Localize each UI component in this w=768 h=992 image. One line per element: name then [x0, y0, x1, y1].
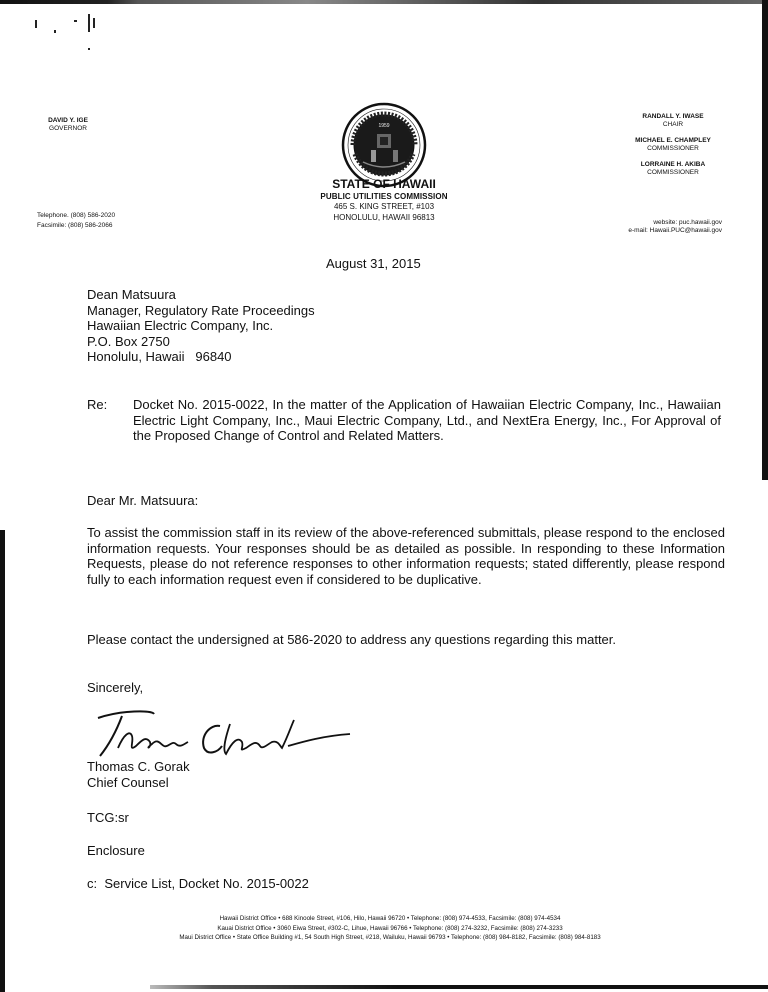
commissioner-title: CHAIR: [608, 121, 738, 129]
body-paragraph: Please contact the undersigned at 586-20…: [87, 632, 725, 648]
recipient-name: Dean Matsuura: [87, 287, 315, 303]
scan-border-bottom: [150, 985, 768, 989]
re-label: Re:: [87, 397, 107, 412]
commissioner-name: RANDALL Y. IWASE: [608, 113, 738, 121]
governor-block: DAVID Y. IGE GOVERNOR: [28, 117, 108, 133]
signatory-title: Chief Counsel: [87, 775, 190, 791]
commissioner-name: MICHAEL E. CHAMPLEY: [608, 137, 738, 145]
footer-office-line: Kauai District Office • 3060 Eiwa Street…: [40, 924, 740, 934]
scan-speck: [88, 14, 90, 32]
scan-speck: [54, 30, 56, 33]
state-seal-icon: 1959: [341, 102, 427, 188]
enclosure-note: Enclosure: [87, 843, 145, 859]
svg-text:1959: 1959: [378, 123, 389, 129]
footer-office-line: Maui District Office • State Office Buil…: [40, 933, 740, 943]
telephone-number: Telephone. (808) 586-2020: [37, 211, 115, 221]
recipient-company: Hawaiian Electric Company, Inc.: [87, 318, 315, 334]
salutation: Dear Mr. Matsuura:: [87, 493, 198, 509]
district-offices-footer: Hawaii District Office • 688 Kinoole Str…: [40, 914, 740, 943]
contact-phone-fax: Telephone. (808) 586-2020 Facsimile: (80…: [37, 211, 115, 231]
handwritten-signature-icon: [92, 706, 352, 762]
scan-speck: [74, 20, 77, 22]
governor-title: GOVERNOR: [28, 125, 108, 133]
governor-name: DAVID Y. IGE: [28, 117, 108, 125]
scan-border-right: [762, 0, 768, 480]
website-link[interactable]: website: puc.hawaii.gov: [628, 219, 722, 227]
scan-border-left: [0, 530, 5, 992]
body-paragraph: To assist the commission staff in its re…: [87, 525, 725, 587]
letterhead-agency: PUBLIC UTILITIES COMMISSION: [270, 191, 498, 202]
scan-speck: [93, 18, 95, 28]
letter-date: August 31, 2015: [326, 256, 421, 271]
cc-line: c: Service List, Docket No. 2015-0022: [87, 876, 309, 892]
recipient-title: Manager, Regulatory Rate Proceedings: [87, 303, 315, 319]
commissioner-name: LORRAINE H. AKIBA: [608, 161, 738, 169]
reference-initials: TCG:sr: [87, 810, 129, 826]
letterhead-title: STATE OF HAWAII: [270, 177, 498, 191]
recipient-po-box: P.O. Box 2750: [87, 334, 315, 350]
letterhead-street: 465 S. KING STREET, #103: [270, 202, 498, 213]
recipient-address: Dean Matsuura Manager, Regulatory Rate P…: [87, 287, 315, 365]
scan-speck: [35, 20, 37, 28]
letterhead-city: HONOLULU, HAWAII 96813: [270, 213, 498, 224]
email-link[interactable]: e-mail: Hawaii.PUC@hawaii.gov: [628, 227, 722, 235]
commissioner-title: COMMISSIONER: [608, 145, 738, 153]
signatory-block: Thomas C. Gorak Chief Counsel: [87, 759, 190, 790]
scan-border-top: [0, 0, 768, 4]
contact-web-email: website: puc.hawaii.gov e-mail: Hawaii.P…: [628, 219, 722, 235]
re-subject: Docket No. 2015-0022, In the matter of t…: [133, 397, 721, 444]
signatory-name: Thomas C. Gorak: [87, 759, 190, 775]
scan-speck: [88, 48, 90, 50]
letterhead: STATE OF HAWAII PUBLIC UTILITIES COMMISS…: [270, 177, 498, 223]
commissioners-block: RANDALL Y. IWASE CHAIR MICHAEL E. CHAMPL…: [608, 113, 738, 177]
footer-office-line: Hawaii District Office • 688 Kinoole Str…: [40, 914, 740, 924]
closing: Sincerely,: [87, 680, 143, 696]
facsimile-number: Facsimile: (808) 586-2066: [37, 221, 115, 231]
recipient-city: Honolulu, Hawaii 96840: [87, 349, 315, 365]
commissioner-title: COMMISSIONER: [608, 169, 738, 177]
